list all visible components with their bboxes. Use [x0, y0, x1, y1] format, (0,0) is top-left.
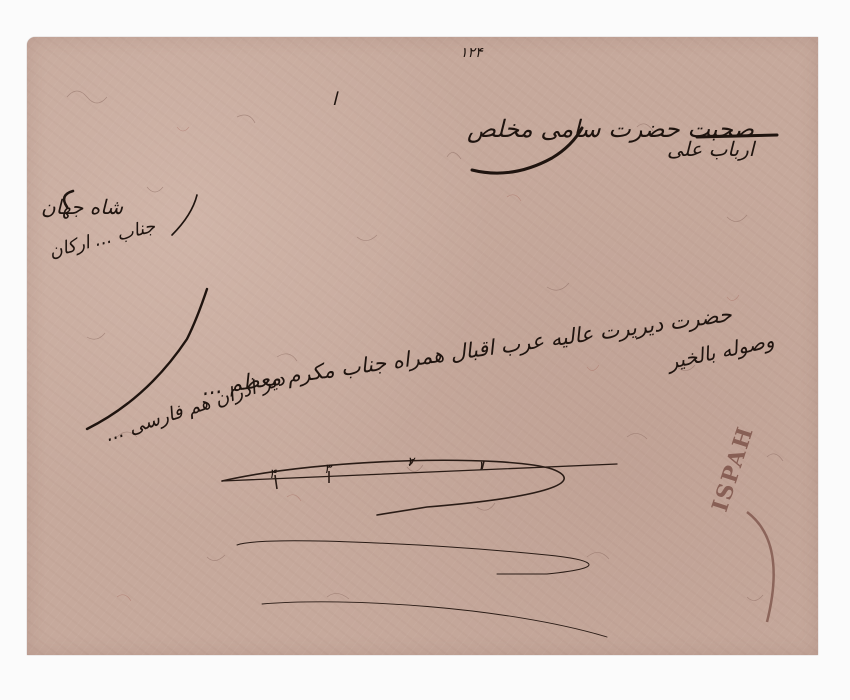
top-number: ۱۲۴: [460, 45, 483, 61]
top-mark: ا: [332, 89, 337, 110]
stroke-digit-2: ۳: [324, 462, 331, 477]
left-margin-line-1: شاه جهان: [41, 195, 123, 219]
stroke-digit-1: ۴: [269, 467, 276, 482]
stroke-digit-4: ۱: [477, 459, 484, 474]
recipient-right: ارباب علی: [667, 137, 754, 161]
envelope: ۱۲۴ ا صحبت حضرت سامی مخلص ارباب علی شاه …: [27, 37, 818, 655]
stroke-digit-3: ۲: [407, 455, 414, 470]
